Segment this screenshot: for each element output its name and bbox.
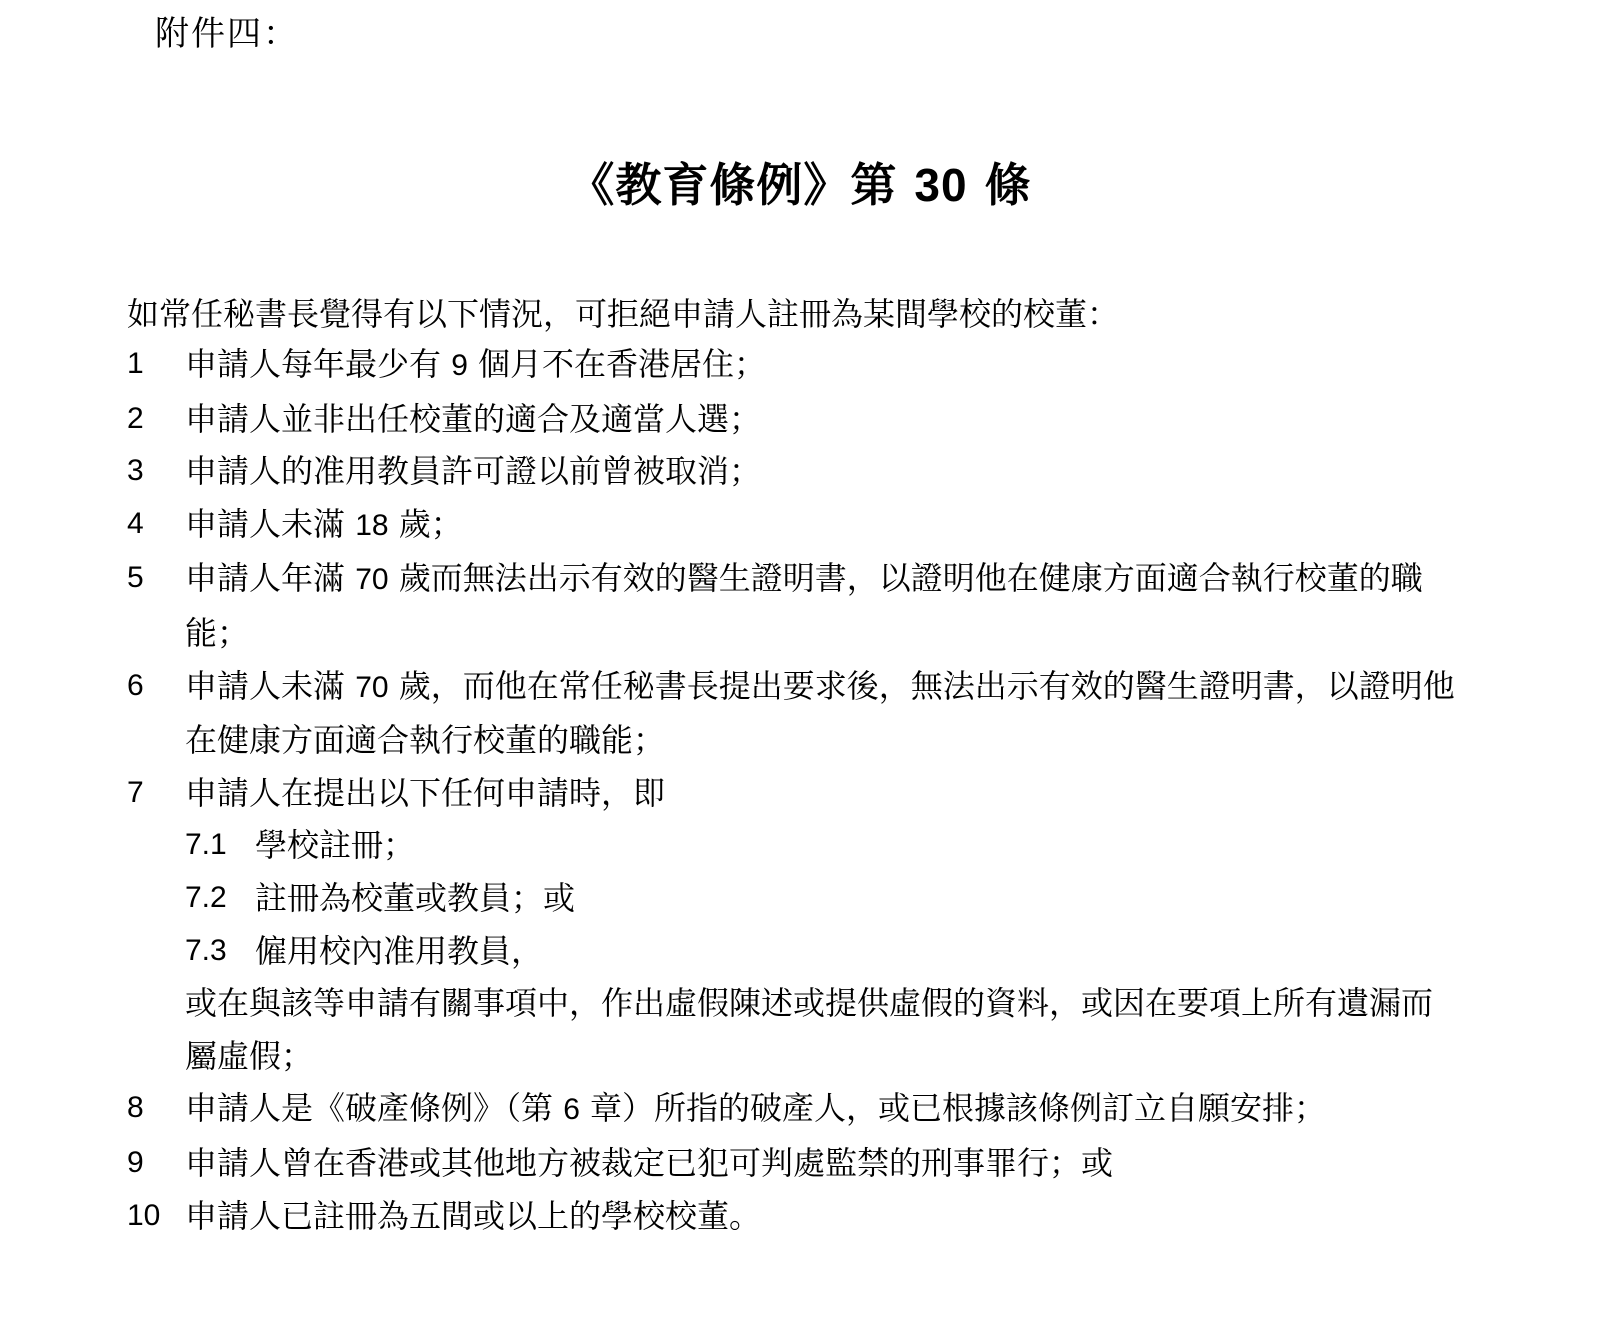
item-number: 8	[127, 1082, 185, 1135]
item-number: 4	[127, 498, 185, 551]
item-number: 1	[127, 338, 185, 391]
list-item-with-subitems: 7 申請人在提出以下任何申請時，即 7.1 學校註冊； 7.2 註冊為校董或教員…	[127, 767, 1457, 1083]
item-number: 3	[127, 445, 185, 498]
conditions-list: 1 申請人每年最少有 9 個月不在香港居住； 2 申請人並非出任校董的適合及適當…	[127, 338, 1457, 1242]
item-text: 申請人曾在香港或其他地方被裁定已犯可判處監禁的刑事罪行；或	[185, 1137, 1457, 1190]
annex-label: 附件四：	[155, 12, 299, 56]
list-item: 6 申請人未滿 70 歲，而他在常任秘書長提出要求後，無法出示有效的醫生證明書，…	[127, 660, 1457, 767]
list-item: 5 申請人年滿 70 歲而無法出示有效的醫生證明書，以證明他在健康方面適合執行校…	[127, 552, 1457, 659]
list-item: 1 申請人每年最少有 9 個月不在香港居住；	[127, 338, 1457, 393]
list-item: 8 申請人是《破產條例》（第 6 章）所指的破產人，或已根據該條例訂立自願安排；	[127, 1082, 1457, 1137]
item-continuation-text: 或在與該等申請有關事項中，作出虛假陳述或提供虛假的資料，或因在要項上所有遺漏而屬…	[127, 977, 1455, 1082]
item-text: 申請人未滿 70 歲，而他在常任秘書長提出要求後，無法出示有效的醫生證明書，以證…	[185, 660, 1457, 767]
list-item: 3 申請人的准用教員許可證以前曾被取消；	[127, 445, 1457, 498]
title-prefix: 《教育條例》第	[568, 158, 897, 212]
sub-list: 7.1 學校註冊； 7.2 註冊為校董或教員；或 7.3 僱用校內准用教員，	[127, 819, 1457, 977]
item-text: 申請人的准用教員許可證以前曾被取消；	[185, 445, 1457, 498]
item-number: 7	[127, 767, 185, 820]
item-number: 9	[127, 1137, 185, 1190]
intro-paragraph: 如常任秘書長覺得有以下情況，可拒絕申請人註冊為某間學校的校董：	[127, 288, 1119, 340]
document-title: 《教育條例》第 30 條	[0, 150, 1600, 220]
sub-list-item: 7.2 註冊為校董或教員；或	[185, 872, 1457, 925]
list-item: 4 申請人未滿 18 歲；	[127, 498, 1457, 553]
item-text: 申請人未滿 18 歲；	[185, 498, 1457, 553]
item-text: 申請人每年最少有 9 個月不在香港居住；	[185, 338, 1457, 393]
item-text: 申請人已註冊為五間或以上的學校校董。	[185, 1190, 1457, 1243]
sub-item-text: 註冊為校董或教員；或	[255, 872, 575, 925]
list-item: 2 申請人並非出任校董的適合及適當人選；	[127, 393, 1457, 446]
list-item: 10 申請人已註冊為五間或以上的學校校董。	[127, 1190, 1457, 1243]
item-text: 申請人是《破產條例》（第 6 章）所指的破產人，或已根據該條例訂立自願安排；	[185, 1082, 1457, 1137]
item-text: 申請人年滿 70 歲而無法出示有效的醫生證明書，以證明他在健康方面適合執行校董的…	[185, 552, 1457, 659]
sub-item-number: 7.2	[185, 872, 255, 925]
item-text: 申請人在提出以下任何申請時，即	[185, 767, 1457, 820]
sub-item-text: 僱用校內准用教員，	[255, 925, 543, 978]
item-number: 10	[127, 1190, 185, 1243]
item-number: 5	[127, 552, 185, 605]
item-number: 6	[127, 660, 185, 713]
title-section-number: 30	[914, 159, 967, 211]
item-text: 申請人並非出任校董的適合及適當人選；	[185, 393, 1457, 446]
sub-item-number: 7.1	[185, 819, 255, 872]
sub-list-item: 7.3 僱用校內准用教員，	[185, 925, 1457, 978]
sub-item-text: 學校註冊；	[255, 819, 415, 872]
item-number: 2	[127, 393, 185, 446]
sub-item-number: 7.3	[185, 925, 255, 978]
sub-list-item: 7.1 學校註冊；	[185, 819, 1457, 872]
title-suffix: 條	[985, 158, 1032, 212]
list-item: 9 申請人曾在香港或其他地方被裁定已犯可判處監禁的刑事罪行；或	[127, 1137, 1457, 1190]
